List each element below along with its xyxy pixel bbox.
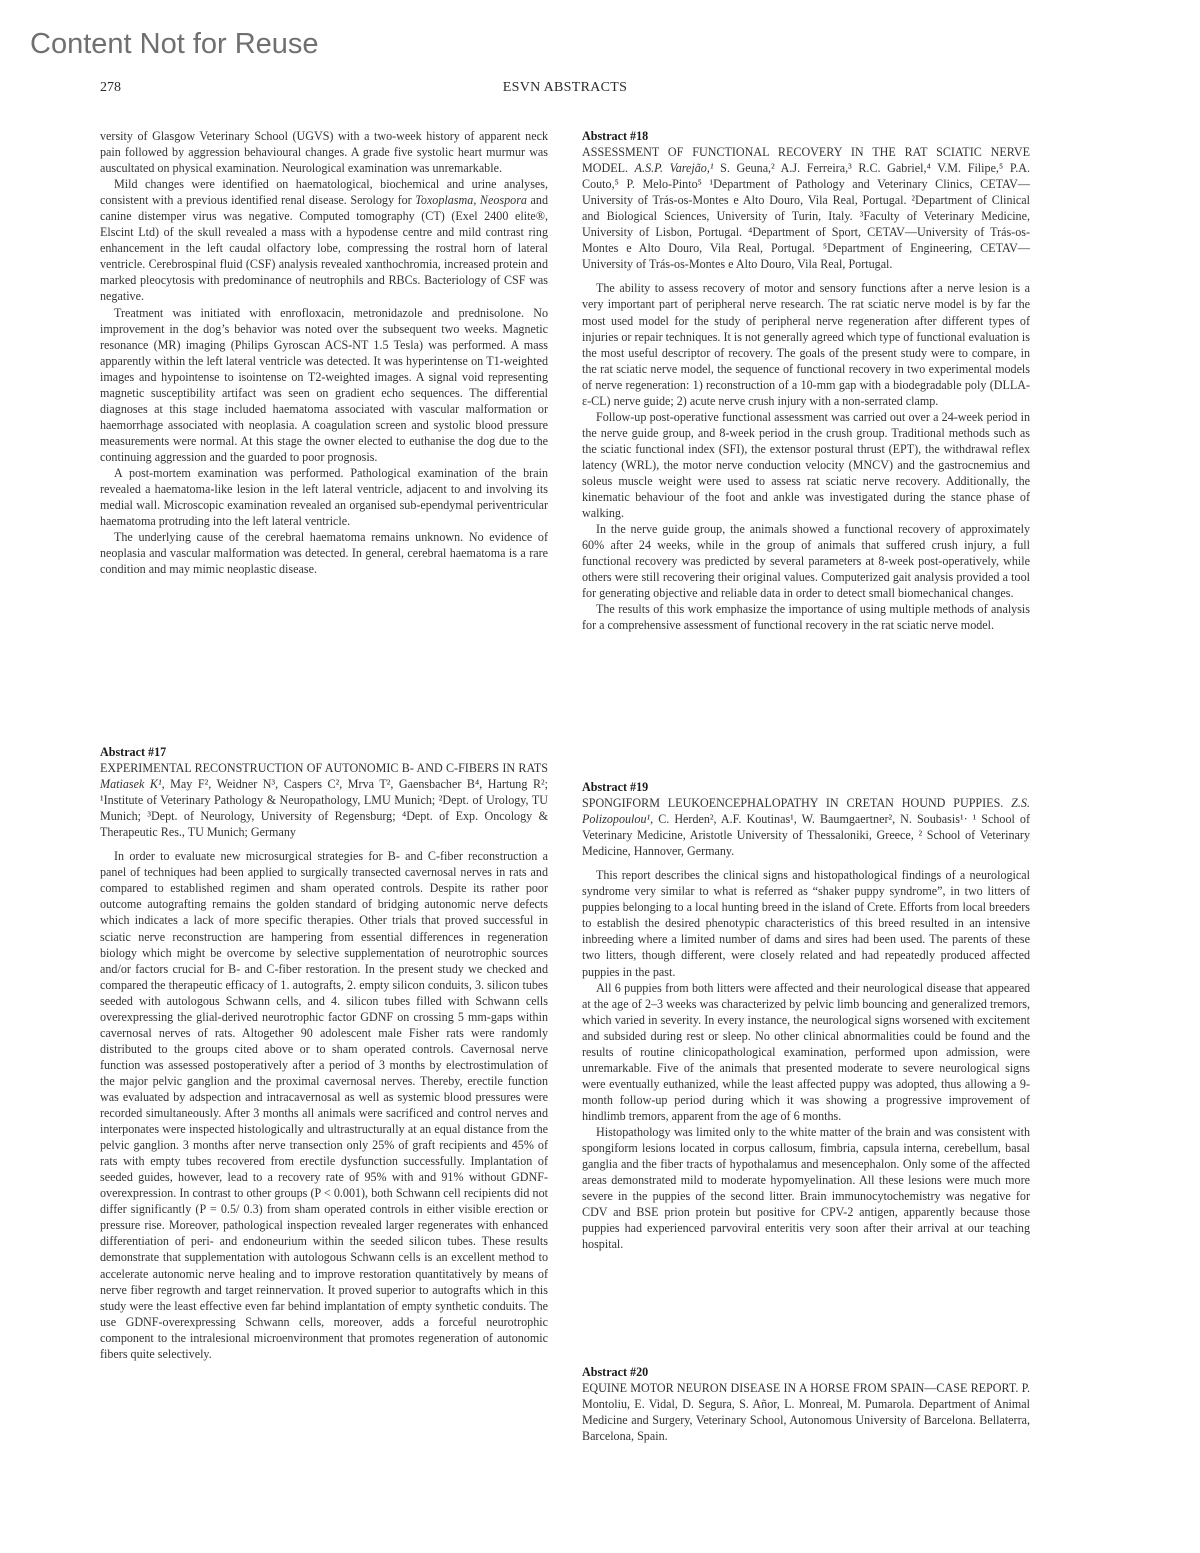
paragraph: In order to evaluate new microsurgical s… [100,848,548,1362]
abstract-number: Abstract #20 [582,1364,1030,1380]
abstract-body: In order to evaluate new microsurgical s… [100,848,548,1362]
abstract-20: Abstract #20 EQUINE MOTOR NEURON DISEASE… [582,1364,1030,1444]
abstract-18: Abstract #18 ASSESSMENT OF FUNCTIONAL RE… [582,128,1030,633]
abstract-19: Abstract #19 SPONGIFORM LEUKOENCEPHALOPA… [582,779,1030,1252]
abstract-number: Abstract #17 [100,744,548,760]
abstract-number: Abstract #18 [582,128,1030,144]
paragraph: Mild changes were identified on haematol… [100,176,548,304]
abstract-lead-author: A.S.P. Varejão,¹ [635,161,714,175]
abstract-title: EXPERIMENTAL RECONSTRUCTION OF AUTONOMIC… [100,761,548,775]
paragraph: Follow-up post-operative functional asse… [582,409,1030,521]
abstract-number: Abstract #19 [582,779,1030,795]
abstract-heading: SPONGIFORM LEUKOENCEPHALOPATHY IN CRETAN… [582,795,1030,859]
abstract-body: This report describes the clinical signs… [582,867,1030,1252]
running-head: 278 ESVN ABSTRACTS [100,80,1030,100]
paragraph: The underlying cause of the cerebral hae… [100,529,548,577]
abstract-lead-author: Matiasek K¹ [100,777,162,791]
paragraph: Treatment was initiated with enrofloxaci… [100,305,548,465]
abstract-heading: EQUINE MOTOR NEURON DISEASE IN A HORSE F… [582,1380,1030,1444]
paragraph: The ability to assess recovery of motor … [582,280,1030,408]
paragraph: versity of Glasgow Veterinary School (UG… [100,128,548,176]
abstract-title: EQUINE MOTOR NEURON DISEASE IN A HORSE F… [582,1381,1018,1395]
abstract-body: The ability to assess recovery of motor … [582,280,1030,633]
abstract-17: Abstract #17 EXPERIMENTAL RECONSTRUCTION… [100,744,548,1362]
paragraph: In the nerve guide group, the animals sh… [582,521,1030,601]
abstract-authors: , C. Herden², A.F. Koutinas¹, W. Baumgae… [582,812,1030,858]
paragraph: This report describes the clinical signs… [582,867,1030,979]
abstract-title: SPONGIFORM LEUKOENCEPHALOPATHY IN CRETAN… [582,796,1003,810]
watermark: Content Not for Reuse [30,28,319,61]
journal-title: ESVN ABSTRACTS [100,80,1030,96]
abstract-heading: EXPERIMENTAL RECONSTRUCTION OF AUTONOMIC… [100,760,548,840]
abstract-heading: ASSESSMENT OF FUNCTIONAL RECOVERY IN THE… [582,144,1030,272]
paragraph: All 6 puppies from both litters were aff… [582,980,1030,1124]
previous-abstract-continuation: versity of Glasgow Veterinary School (UG… [100,128,548,577]
paragraph: Histopathology was limited only to the w… [582,1124,1030,1252]
abstract-authors: , May F², Weidner N³, Caspers C², Mrva T… [100,777,548,839]
abstract-authors: S. Geuna,² A.J. Ferreira,³ R.C. Gabriel,… [582,161,1030,271]
paragraph: The results of this work emphasize the i… [582,601,1030,633]
paragraph: A post-mortem examination was performed.… [100,465,548,529]
